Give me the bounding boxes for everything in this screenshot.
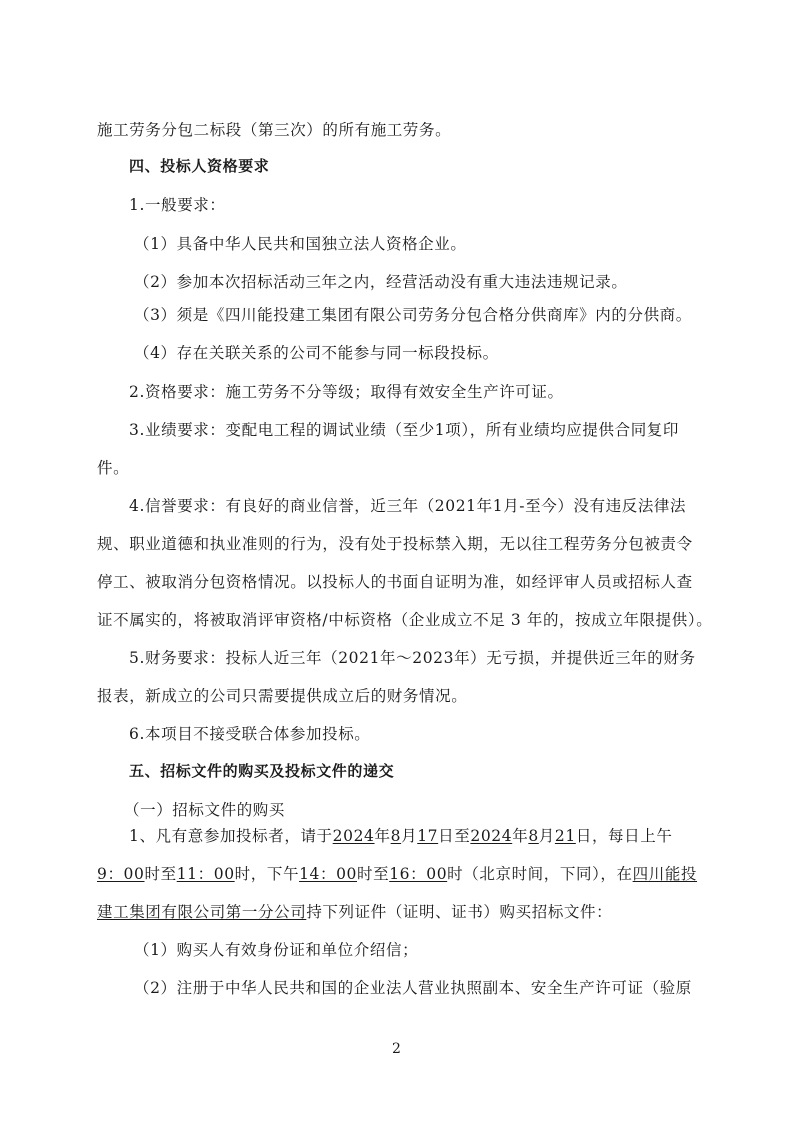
text: 时（北京时间，下同），在 [447,865,632,883]
pm-end-time: 16：00 [389,865,447,883]
paragraph-line: 停工、被取消分包资格情况。以投标人的书面自证明为准，如经评审人员或招标人查 [97,570,693,592]
text: 时至 [145,865,177,883]
start-month: 8 [391,827,401,845]
end-day: 21 [555,827,576,845]
text: 1、凡有意参加投标者，请于 [129,827,333,845]
text: 月 [401,827,417,845]
paragraph-line: （3）须是《四川能投建工集团有限公司劳务分包合格分供商库》内的分供商。 [134,303,692,325]
paragraph-line: （1）具备中华人民共和国独立法人资格企业。 [134,232,466,254]
purchase-place: 建工集团有限公司第一分公司 [97,903,306,921]
paragraph-line: （一）招标文件的购买 [124,798,285,820]
start-day: 17 [417,827,438,845]
paragraph-line: （4）存在关联关系的公司不能参与同一标段投标。 [134,341,499,363]
paragraph-line: 5.财务要求：投标人近三年（2021年～2023年）无亏损，并提供近三年的财务 [129,646,696,668]
purchase-hours-line: 9：00时至11：00时，下午14：00时至16：00时（北京时间，下同），在四… [97,862,697,884]
paragraph-line: 报表，新成立的公司只需要提供成立后的财务情况。 [97,684,467,706]
end-year: 2024 [470,827,512,845]
paragraph-line: （2）参加本次招标活动三年之内，经营活动没有重大违法违规记录。 [134,270,627,292]
text: 时至 [357,865,389,883]
requirement-item-1: （1）购买人有效身份证和单位介绍信； [134,938,418,960]
end-month: 8 [528,827,538,845]
section-heading: 五、招标文件的购买及投标文件的递交 [129,760,394,781]
purchase-period-line: 1、凡有意参加投标者，请于2024年8月17日至2024年8月21日，每日上午 [129,824,672,846]
text: 日至 [438,827,470,845]
paragraph-line: 2.资格要求：施工劳务不分等级；取得有效安全生产许可证。 [129,380,564,402]
text: 年 [512,827,528,845]
paragraph-line: 1.一般要求： [129,193,226,215]
paragraph-line: 证不属实的，将被取消评审资格/中标资格（企业成立不足 3 年的，按成立年限提供）… [97,608,712,630]
paragraph-line: 件。 [97,456,129,478]
text: 时，下午 [235,865,299,883]
paragraph-line: 规、职业道德和执业准则的行为，没有处于投标禁入期，无以往工程劳务分包被责令 [97,532,693,554]
start-year: 2024 [333,827,375,845]
text: 年 [375,827,391,845]
paragraph-line: 施工劳务分包二标段（第三次）的所有施工劳务。 [97,118,451,140]
purchase-place-line: 建工集团有限公司第一分公司持下列证件（证明、证书）购买招标文件： [97,900,612,922]
paragraph-line: 4.信誉要求：有良好的商业信誉，近三年（2021年1月-至今）没有违反法律法 [129,494,686,516]
am-end-time: 11：00 [177,865,235,883]
text: 持下列证件（证明、证书）购买招标文件： [306,903,612,921]
text: 月 [539,827,555,845]
paragraph-line: 3.业绩要求：变配电工程的调试业绩（至少1项），所有业绩均应提供合同复印 [129,418,679,440]
am-start-time: 9：00 [97,865,145,883]
section-heading: 四、投标人资格要求 [129,155,269,176]
text: 日，每日上午 [576,827,673,845]
requirement-item-2: （2）注册于中华人民共和国的企业法人营业执照副本、安全生产许可证（验原 [134,976,692,998]
purchase-place: 四川能投 [633,865,697,883]
pm-start-time: 14：00 [299,865,357,883]
paragraph-line: 6.本项目不接受联合体参加投标。 [129,722,370,744]
page-number: 2 [392,1041,401,1057]
